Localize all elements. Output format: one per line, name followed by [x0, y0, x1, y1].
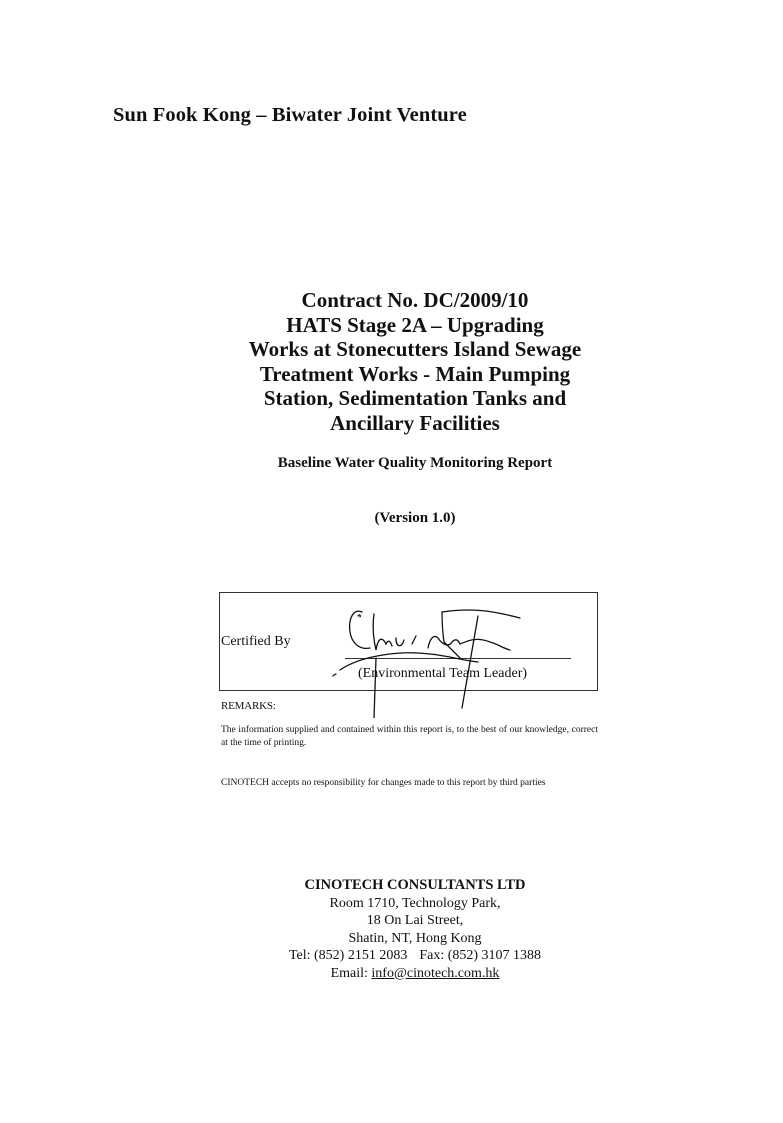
- address-line: Shatin, NT, Hong Kong: [225, 930, 605, 948]
- telephone: Tel: (852) 2151 2083: [289, 948, 407, 963]
- email-link[interactable]: info@cinotech.com.hk: [371, 966, 499, 981]
- company-header: Sun Fook Kong – Biwater Joint Venture: [113, 104, 467, 127]
- fax: Fax: (852) 3107 1388: [419, 948, 541, 963]
- phone-fax-line: Tel: (852) 2151 2083Fax: (852) 3107 1388: [225, 947, 605, 965]
- title-line: Station, Sedimentation Tanks and: [225, 386, 605, 411]
- title-line: HATS Stage 2A – Upgrading: [225, 313, 605, 338]
- address-line: 18 On Lai Street,: [225, 912, 605, 930]
- title-line: Contract No. DC/2009/10: [225, 288, 605, 313]
- report-name: Baseline Water Quality Monitoring Report: [225, 455, 605, 472]
- firm-name: CINOTECH CONSULTANTS LTD: [225, 877, 605, 895]
- title-line: Ancillary Facilities: [225, 411, 605, 436]
- certified-by-label: Certified By: [221, 634, 291, 650]
- remarks-label: REMARKS:: [221, 700, 276, 712]
- contract-title: Contract No. DC/2009/10 HATS Stage 2A – …: [225, 288, 605, 435]
- address-line: Room 1710, Technology Park,: [225, 895, 605, 913]
- report-version: (Version 1.0): [225, 510, 605, 527]
- remarks-text: The information supplied and contained w…: [221, 724, 598, 749]
- email-line: Email: info@cinotech.com.hk: [225, 965, 605, 983]
- signature-icon: [330, 598, 590, 718]
- disclaimer-text: CINOTECH accepts no responsibility for c…: [221, 778, 546, 788]
- contact-block: CINOTECH CONSULTANTS LTD Room 1710, Tech…: [225, 877, 605, 982]
- title-line: Works at Stonecutters Island Sewage: [225, 337, 605, 362]
- email-label: Email:: [331, 966, 372, 981]
- title-line: Treatment Works - Main Pumping: [225, 362, 605, 387]
